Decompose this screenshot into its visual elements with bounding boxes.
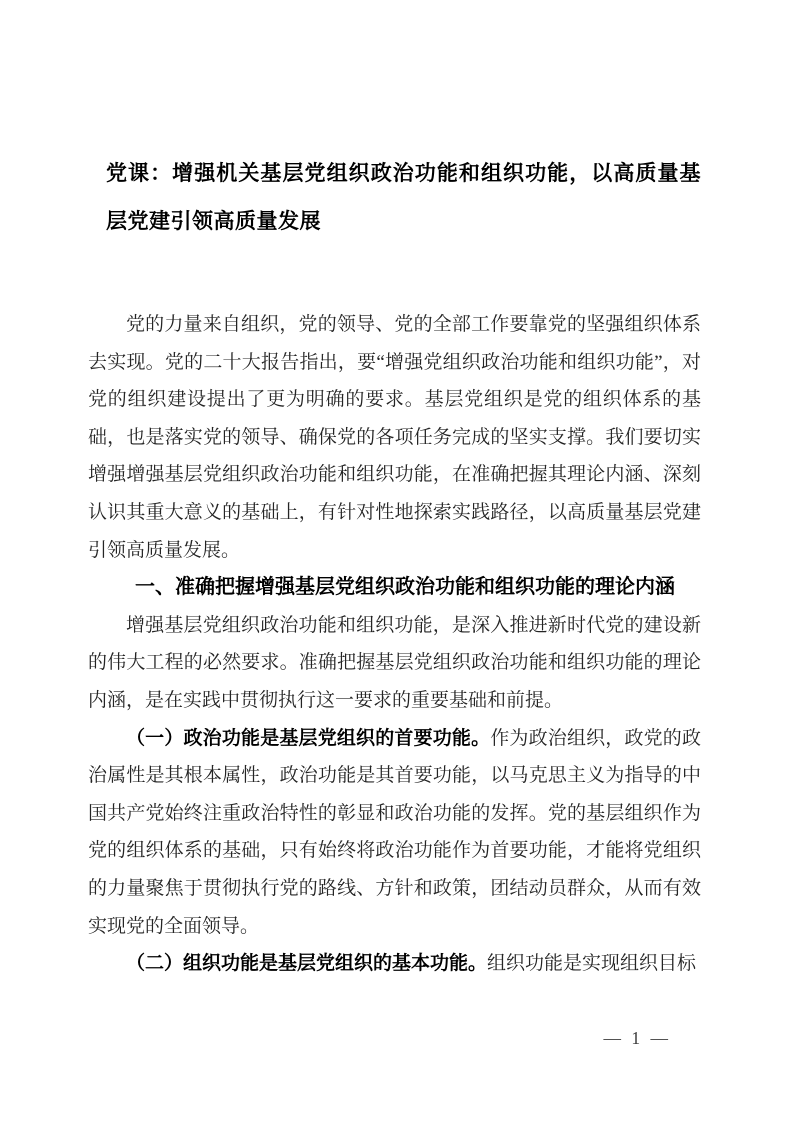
document-body: 党的力量来自组织，党的领导、党的全部工作要靠党的坚强组织体系去实现。党的二十大报…: [88, 306, 701, 983]
body-paragraph: （二）组织功能是基层党组织的基本功能。组织功能是实现组织目标: [88, 945, 701, 983]
section-heading: 一、准确把握增强基层党组织政治功能和组织功能的理论内涵: [88, 569, 701, 607]
body-paragraph: 增强基层党组织政治功能和组织功能，是深入推进新时代党的建设新的伟大工程的必然要求…: [88, 607, 701, 720]
body-paragraph: （一）政治功能是基层党组织的首要功能。作为政治组织，政党的政治属性是其根本属性，…: [88, 720, 701, 946]
paragraph-text: 作为政治组织，政党的政治属性是其根本属性，政治功能是其首要功能，以马克思主义为指…: [88, 728, 701, 937]
page-number: — 1 —: [0, 1026, 793, 1050]
document-page: 党课：增强机关基层党组织政治功能和组织功能，以高质量基层党建引领高质量发展 党的…: [0, 0, 793, 1122]
body-paragraph: 党的力量来自组织，党的领导、党的全部工作要靠党的坚强组织体系去实现。党的二十大报…: [88, 306, 701, 569]
paragraph-text: 增强基层党组织政治功能和组织功能，是深入推进新时代党的建设新的伟大工程的必然要求…: [88, 615, 701, 711]
paragraph-lead: （一）政治功能是基层党组织的首要功能。: [126, 728, 490, 749]
paragraph-text: 组织功能是实现组织目标: [487, 953, 696, 974]
document-title: 党课：增强机关基层党组织政治功能和组织功能，以高质量基层党建引领高质量发展: [88, 150, 701, 246]
paragraph-text: 党的力量来自组织，党的领导、党的全部工作要靠党的坚强组织体系去实现。党的二十大报…: [88, 314, 701, 561]
paragraph-lead: （二）组织功能是基层党组织的基本功能。: [126, 953, 487, 974]
